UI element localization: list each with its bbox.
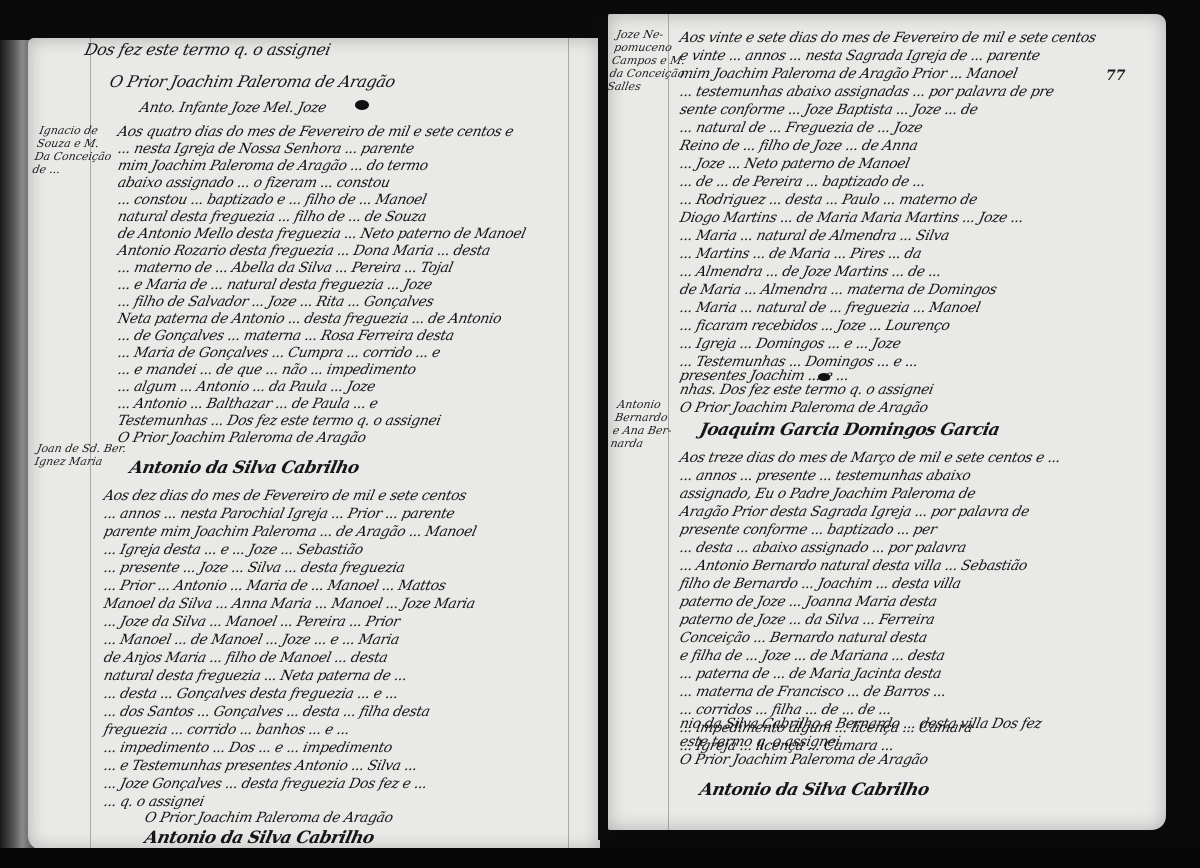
manuscript-line: abaixo assignado ... o fizeram ... const… (116, 175, 391, 191)
manuscript-line: ... constou ... baptizado e ... filho de… (116, 192, 427, 208)
manuscript-line: ... q. o assignei (102, 794, 205, 810)
manuscript-line: ... Antonio Bernardo natural desta villa… (678, 558, 1028, 574)
manuscript-line: ... filho de Salvador ... Joze ... Rita … (116, 294, 435, 310)
manuscript-line: Anto. Infante Joze Mel. Joze (138, 100, 327, 116)
manuscript-line: Reino de ... filho de Joze ... de Anna (678, 138, 919, 154)
signature: Antonio da Silva Cabrilho (143, 828, 376, 848)
manuscript-line: natural desta freguezia ... Neta paterna… (102, 668, 408, 684)
manuscript-line: de Antonio Mello desta freguezia ... Net… (116, 226, 527, 242)
manuscript-line: e vinte ... annos ... nesta Sagrada Igre… (678, 48, 1041, 64)
manuscript-line: Aos vinte e sete dias do mes de Fevereir… (678, 30, 1097, 46)
manuscript-line: Testemunhas ... Dos fez este termo q. o … (116, 413, 442, 429)
manuscript-line: natural desta freguezia ... filho de ...… (116, 209, 427, 225)
manuscript-line: mim Joachim Paleroma de Aragão ... do te… (116, 158, 429, 174)
manuscript-line: Diogo Martins ... de Maria Maria Martins… (678, 210, 1025, 226)
signature: Antonio da Silva Cabrilho (698, 780, 931, 800)
manuscript-line: ... algum ... Antonio ... da Paula ... J… (116, 379, 376, 395)
margin-note: Antonio Bernardo e Ana Ber- narda (609, 398, 677, 450)
manuscript-line: ... dos Santos ... Gonçalves ... desta .… (102, 704, 431, 720)
ink-blot (355, 100, 369, 110)
manuscript-line: nio da Silva Cabrilho e Bernardo ... des… (678, 716, 1043, 732)
manuscript-line: mim Joachim Paleroma de Aragão Prior ...… (678, 66, 1019, 82)
manuscript-line: paterno de Joze ... Joanna Maria desta (678, 594, 938, 610)
manuscript-line: freguezia ... corrido ... banhos ... e .… (102, 722, 351, 738)
manuscript-line: ... Igreja desta ... e ... Joze ... Seba… (102, 542, 364, 558)
manuscript-line: de Anjos Maria ... filho de Manoel ... d… (102, 650, 389, 666)
manuscript-line: ... Joze Gonçalves ... desta freguezia D… (102, 776, 428, 792)
manuscript-line: ... e mandei ... de que ... não ... impe… (116, 362, 417, 378)
manuscript-line: ... desta ... abaixo assignado ... por p… (678, 540, 967, 556)
manuscript-line: ... Almendra ... de Joze Martins ... de … (678, 264, 942, 280)
margin-note: Joze Ne- pomuceno Campos e M. da Conceiç… (606, 28, 692, 93)
manuscript-line: nhas. Dos fez este termo q. o assignei (678, 382, 935, 398)
manuscript-line: e filha de ... Joze ... de Mariana ... d… (678, 648, 946, 664)
manuscript-line: de Maria ... Almendra ... materna de Dom… (678, 282, 998, 298)
manuscript-line: ... e Maria de ... natural desta freguez… (116, 277, 433, 293)
manuscript-line: Aos treze dias do mes de Março de mil e … (678, 450, 1062, 466)
manuscript-line: ... materna de Francisco ... de Barros .… (678, 684, 947, 700)
manuscript-line: sente conforme ... Joze Baptista ... Joz… (678, 102, 979, 118)
manuscript-line: ... paterna de ... de Maria Jacinta dest… (678, 666, 942, 682)
manuscript-line: ... ficaram recebidos ... Joze ... Loure… (678, 318, 951, 334)
manuscript-line: paterno de Joze ... da Silva ... Ferreir… (678, 612, 936, 628)
manuscript-line: Dos fez este termo q. o assignei (83, 40, 332, 59)
manuscript-line: ... Antonio ... Balthazar ... de Paula .… (116, 396, 379, 412)
manuscript-line: ... natural de ... Freguezia de ... Joze (678, 120, 923, 136)
manuscript-line: ... materno de ... Abella da Silva ... P… (116, 260, 454, 276)
manuscript-line: ... desta ... Gonçalves desta freguezia … (102, 686, 399, 702)
manuscript-line: presente conforme ... baptizado ... per (678, 522, 938, 538)
manuscript-line: ... Maria ... natural de Almendra ... Si… (678, 228, 950, 244)
manuscript-line: Aos dez dias do mes de Fevereiro de mil … (102, 488, 467, 504)
manuscript-line: Antonio Rozario desta freguezia ... Dona… (116, 243, 491, 259)
manuscript-line: Manoel da Silva ... Anna Maria ... Manoe… (102, 596, 476, 612)
ink-blot (818, 373, 830, 381)
manuscript-line: ... de Gonçalves ... materna ... Rosa Fe… (116, 328, 455, 344)
manuscript-line: O Prior Joachim Paleroma de Aragão (678, 752, 929, 768)
scan-bottom-edge (0, 848, 1200, 868)
manuscript-line: ... e Testemunhas presentes Antonio ... … (102, 758, 418, 774)
manuscript-line: ... Joze da Silva ... Manoel ... Pereira… (102, 614, 401, 630)
manuscript-line: Aos quatro dias do mes de Fevereiro de m… (116, 124, 515, 140)
manuscript-line: ... Maria ... natural de ... freguezia .… (678, 300, 981, 316)
manuscript-line: Conceição ... Bernardo natural desta (678, 630, 928, 646)
manuscript-line: assignado, Eu o Padre Joachim Paleroma d… (678, 486, 977, 502)
manuscript-line: Neta paterna de Antonio ... desta fregue… (116, 311, 502, 327)
manuscript-line: ... de ... de Pereira ... baptizado de .… (678, 174, 926, 190)
left-inner-rule (568, 38, 569, 850)
manuscript-line: ... impedimento ... Dos ... e ... impedi… (102, 740, 393, 756)
manuscript-line: ... Manoel ... de Manoel ... Joze ... e … (102, 632, 400, 648)
manuscript-line: parente mim Joachim Paleroma ... de Arag… (102, 524, 477, 540)
manuscript-line: ... Maria de Gonçalves ... Cumpra ... co… (116, 345, 441, 361)
manuscript-line: ... Prior ... Antonio ... Maria de ... M… (102, 578, 447, 594)
manuscript-line: ... Martins ... de Maria ... Pires ... d… (678, 246, 923, 262)
manuscript-line: O Prior Joachim Paleroma de Aragão (116, 430, 367, 446)
manuscript-line: este termo q. o assignei (678, 734, 841, 750)
manuscript-line: ... Igreja ... Domingos ... e ... Joze (678, 336, 902, 352)
signature: Joaquim Garcia Domingos Garcia (698, 420, 1001, 440)
margin-note: Ignacio de Souza e M. Da Conceição de ..… (31, 124, 117, 176)
manuscript-line: ... nesta Igreja de Nossa Senhora ... pa… (116, 141, 415, 157)
manuscript-line: O Prior Joachim Paleroma de Aragão (678, 400, 929, 416)
manuscript-line: ... annos ... presente ... testemunhas a… (678, 468, 972, 484)
manuscript-line: ... Rodriguez ... desta ... Paulo ... ma… (678, 192, 978, 208)
signature: Antonio da Silva Cabrilho (128, 458, 361, 478)
manuscript-line: Aragão Prior desta Sagrada Igreja ... po… (678, 504, 1030, 520)
margin-note: Joan de Sd. Ber. Ignez Maria (34, 442, 128, 468)
manuscript-line: ... testemunhas abaixo assignadas ... po… (678, 84, 1055, 100)
manuscript-line: O Prior Joachim Paleroma de Aragão (108, 72, 397, 91)
manuscript-line: ... presente ... Joze ... Silva ... dest… (102, 560, 406, 576)
manuscript-line: ... Joze ... Neto paterno de Manoel (678, 156, 911, 172)
manuscript-line: ... annos ... nesta Parochial Igreja ...… (102, 506, 456, 522)
manuscript-line: O Prior Joachim Paleroma de Aragão (143, 810, 394, 826)
folio-number: 77 (1106, 68, 1125, 84)
manuscript-line: filho de Bernardo ... Joachim ... desta … (678, 576, 962, 592)
